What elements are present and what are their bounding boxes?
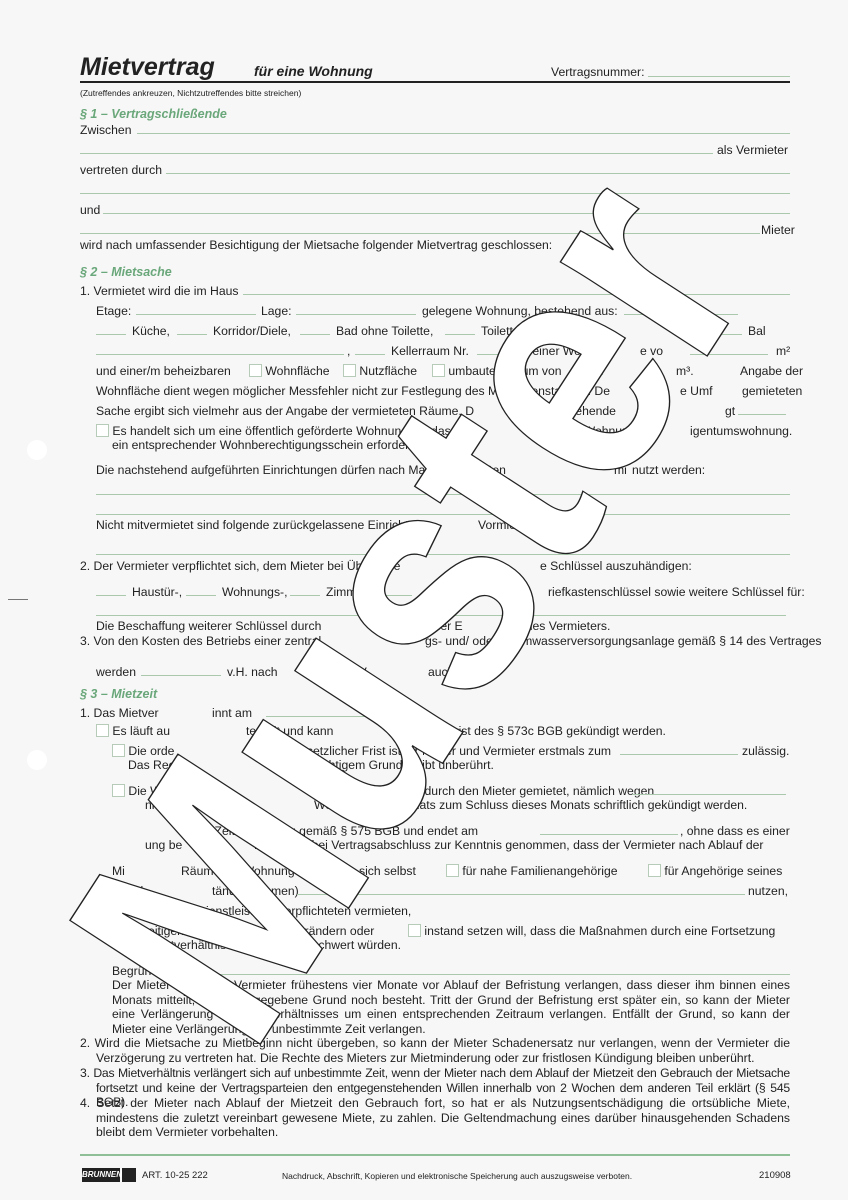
label-verteilt: auch verteilt. bbox=[428, 665, 497, 679]
checkbox-unlimited[interactable] bbox=[96, 724, 109, 737]
label-ordinary-2: ung mit gesetzlicher Frist ist für Miete… bbox=[250, 744, 611, 758]
label-toilet-2: Toilette bbox=[567, 324, 606, 338]
percentage-field[interactable] bbox=[141, 675, 221, 676]
label-not-rented: Nicht mitvermietet sind folgende zurückg… bbox=[96, 518, 415, 532]
label-kitchen: Küche, bbox=[132, 324, 170, 338]
label-knowledge-2: Mieter hat bei Vertragsabschluss zur Ken… bbox=[254, 838, 763, 852]
label-werden: werden bbox=[96, 665, 136, 679]
start-date-field[interactable] bbox=[266, 716, 424, 717]
checkbox-service[interactable] bbox=[112, 904, 125, 917]
label-unlimited-3: cher Frist des § 573c BGB gekündigt werd… bbox=[420, 724, 666, 738]
extra-rooms-field[interactable] bbox=[96, 354, 344, 355]
volume-field[interactable] bbox=[573, 374, 603, 375]
opt-temporary: Die Wohnu bbox=[112, 784, 188, 798]
checkbox-remove[interactable] bbox=[112, 924, 125, 937]
label-repair: instand setzen will, dass die Maßnahmen … bbox=[424, 924, 775, 938]
more-keys-field[interactable] bbox=[96, 615, 786, 616]
toilet-count-2[interactable] bbox=[531, 334, 561, 335]
label-haush: Haush bbox=[112, 884, 147, 898]
comma: , bbox=[347, 344, 350, 358]
text-line-b3: gemieteten bbox=[742, 384, 802, 398]
opt-repair: instand setzen will, dass die Maßnahmen … bbox=[408, 924, 775, 938]
fold-mark bbox=[8, 599, 28, 600]
rooms-field-2[interactable] bbox=[708, 314, 738, 315]
label-right-2: aus wichtigem Grund bleibt unberührt. bbox=[288, 758, 494, 772]
checkbox-repair[interactable] bbox=[408, 924, 421, 937]
label-wohnflaeche: Wohnfläche bbox=[265, 364, 329, 378]
toilet-count[interactable] bbox=[445, 334, 475, 335]
instruction-note: (Zutreffendes ankreuzen, Nichtzutreffend… bbox=[80, 86, 301, 100]
label-room: Zimmer-, bbox=[326, 585, 375, 599]
s3-p1b: innt am bbox=[212, 706, 252, 720]
text-line-b2: e Umf bbox=[680, 384, 713, 398]
article-number: ART. 10-25 222 bbox=[142, 1169, 208, 1183]
checkbox-family[interactable] bbox=[446, 864, 459, 877]
end-date-field[interactable] bbox=[540, 834, 678, 835]
label-temporary: Die Wohnu bbox=[128, 784, 188, 798]
label-household: für Angehörige seines bbox=[664, 864, 782, 878]
document-title: Mietvertrag bbox=[80, 52, 215, 82]
text-line-c2: inziehende bbox=[557, 404, 616, 418]
section-3-heading: § 3 – Mietzeit bbox=[80, 687, 157, 701]
rooms-count[interactable] bbox=[624, 314, 654, 315]
apartment-keys[interactable] bbox=[186, 595, 216, 596]
opt-self: für sich selbst bbox=[325, 864, 416, 878]
label-erfassten: fassten V bbox=[316, 665, 367, 679]
bath-count[interactable] bbox=[300, 334, 330, 335]
checkbox-living-area[interactable] bbox=[249, 364, 262, 377]
lage-field[interactable] bbox=[296, 314, 416, 315]
reason-field[interactable] bbox=[185, 974, 790, 975]
label-monthly-3: Werktag jeden Monats zum Schluss dieses … bbox=[314, 798, 747, 812]
label-toilet: Toilette, bbox=[481, 324, 523, 338]
area-field[interactable] bbox=[690, 354, 768, 355]
label-procurement-2: ter bedarf der E bbox=[378, 619, 463, 633]
s2-p2: 2. Der Vermieter verpflichtet sich, dem … bbox=[80, 559, 400, 573]
label-bath-no-toilet: Bad ohne Toilette, bbox=[336, 324, 433, 338]
label-represented-by: vertreten durch bbox=[80, 163, 162, 177]
label-public-subsidy-2: ein entsprechender Wohnberechtigungssche… bbox=[112, 438, 446, 452]
opt-service: an eine bbox=[112, 904, 168, 918]
tenant-field-2[interactable] bbox=[80, 233, 760, 234]
cellar-count[interactable] bbox=[355, 354, 385, 355]
checkbox-public-subsidy[interactable] bbox=[96, 424, 109, 437]
label-apartment: Wohnungs-, bbox=[222, 585, 288, 599]
label-gelegene: gelegene Wohnung, bestehend aus: bbox=[422, 304, 618, 318]
label-tenant: Mieter bbox=[761, 223, 795, 237]
text-line-b: Wohnfläche dient wegen möglicher Messfeh… bbox=[96, 384, 610, 398]
label-self: für sich selbst bbox=[341, 864, 416, 878]
label-fixed-term-2: , ohne dass es einer bbox=[680, 824, 790, 838]
shared-facilities-field-2[interactable] bbox=[96, 514, 790, 515]
s2-p3: 3. Von den Kosten des Betriebs einer zen… bbox=[80, 634, 321, 648]
label-right: Das Rech bbox=[128, 758, 182, 772]
label-use: nutzen, bbox=[748, 884, 788, 898]
label-condo-2: igentumswohnung. bbox=[690, 424, 792, 438]
label-temporary-2: gehenden Gebrauch durch den Mieter gemie… bbox=[310, 784, 654, 798]
temporary-reason-field[interactable] bbox=[632, 794, 786, 795]
label-fixed-term: st ein Zeitmietvertrag gemäß § 575 BGB u… bbox=[182, 824, 478, 838]
s3-p4: 4. Setzt der Mieter nach Ablauf der Miet… bbox=[80, 1096, 790, 1140]
label-cellar: Kellerraum Nr. bbox=[391, 344, 469, 358]
document-subtitle: für eine Wohnung bbox=[254, 64, 373, 78]
label-not-rented-2: Vormieters: bbox=[478, 518, 540, 532]
text-line-c: Sache ergibt sich vielmehr aus der Angab… bbox=[96, 404, 474, 418]
label-etage: Etage: bbox=[96, 304, 131, 318]
section-1-heading: § 1 – Vertragschließende bbox=[80, 107, 227, 121]
label-corridor: Korridor/Diele, bbox=[213, 324, 291, 338]
opt-wohnflaeche: Wohnfläche bbox=[249, 364, 330, 378]
label-names: tändige Namen) bbox=[212, 884, 299, 898]
not-rented-field[interactable] bbox=[96, 554, 790, 555]
opt-unlimited: Es läuft au bbox=[96, 724, 170, 738]
label-service: an eine bbox=[128, 904, 168, 918]
punch-hole-top bbox=[27, 440, 47, 460]
cellar-number[interactable] bbox=[477, 354, 507, 355]
label-balcony: Bal bbox=[748, 324, 766, 338]
checkbox-enclosed-space[interactable] bbox=[432, 364, 445, 377]
house-field[interactable] bbox=[243, 294, 790, 295]
opt-ordinary: Die orde bbox=[112, 744, 174, 758]
label-nutzflaeche: Nutzfläche bbox=[359, 364, 417, 378]
label-zimmer: Zimmer, bbox=[664, 304, 708, 318]
label-living-area: , mit einer Woh bbox=[506, 344, 588, 358]
other-keys[interactable] bbox=[382, 595, 412, 596]
header-rule bbox=[80, 81, 790, 83]
s2-p2b: e Schlüssel auszuhändigen: bbox=[540, 559, 692, 573]
form-code: 210908 bbox=[759, 1169, 791, 1183]
label-service-2: ienstleistung Verpflichteten vermieten, bbox=[206, 904, 411, 918]
label-mailbox: riefkastenschlüssel sowie weitere Schlüs… bbox=[548, 585, 805, 599]
opt-remove: beseitigen oder so wesentlich verändern … bbox=[112, 924, 374, 938]
label-shared-facilities: Die nachstehend aufgeführten Einrichtung… bbox=[96, 463, 506, 477]
label-shared-facilities-2: mi bbox=[614, 463, 627, 477]
label-angabe: Angabe der bbox=[740, 364, 803, 378]
section-2-heading: § 2 – Mietsache bbox=[80, 265, 172, 279]
represented-by-field[interactable] bbox=[166, 173, 790, 174]
checkbox-ordinary-termination[interactable] bbox=[112, 744, 125, 757]
checkbox-usable-area[interactable] bbox=[343, 364, 356, 377]
punch-hole-bottom bbox=[27, 750, 47, 770]
label-as-landlord: als Vermieter bbox=[717, 143, 788, 157]
label-umbauten: umbauten Raum von bbox=[448, 364, 561, 378]
s3-p1: 1. Das Mietver bbox=[80, 706, 159, 720]
s2-p1: 1. Vermietet wird die im Haus bbox=[80, 284, 239, 298]
footer-rule bbox=[80, 1154, 790, 1156]
label-family: für nahe Familienangehörige bbox=[462, 864, 617, 878]
tenant-field[interactable] bbox=[103, 213, 790, 214]
label-monthly: nn da bbox=[145, 798, 176, 812]
label-monthly-2: weils bbox=[222, 798, 249, 812]
opt-household: für Angehörige seines bbox=[648, 864, 782, 878]
opt-family: für nahe Familienangehörige bbox=[446, 864, 618, 878]
label-he: he, bbox=[680, 324, 697, 338]
brunnen-logo-mark bbox=[122, 1168, 136, 1182]
s3-p2: 2. Wird die Mietsache zu Mietbeginn nich… bbox=[80, 1036, 790, 1065]
label-front-door: Haustür-, bbox=[132, 585, 182, 599]
landlord-field[interactable] bbox=[80, 153, 713, 154]
label-between: Zwischen bbox=[80, 123, 131, 137]
kitchen-count[interactable] bbox=[96, 334, 126, 335]
label-procurement: Die Beschaffung weiterer Schlüssel durch bbox=[96, 619, 321, 633]
persons-field[interactable] bbox=[738, 414, 786, 415]
opt-public-subsidy: Es handelt sich um eine öffentlich geför… bbox=[96, 424, 457, 438]
label-unlimited-2: te Zeit und kann bbox=[246, 724, 333, 738]
checkbox-household[interactable] bbox=[648, 864, 661, 877]
label-mi: Mi bbox=[112, 864, 125, 878]
label-unlimited: Es läuft au bbox=[112, 724, 170, 738]
label-lage: Lage: bbox=[261, 304, 292, 318]
label-public-subsidy: Es handelt sich um eine öffentlich geför… bbox=[112, 424, 456, 438]
contract-number-field[interactable] bbox=[648, 76, 790, 77]
label-shared-facilities-3: nutzt werden: bbox=[632, 463, 705, 477]
text-line-c3: gt bbox=[725, 404, 735, 418]
etage-field[interactable] bbox=[136, 314, 256, 315]
label-remove: beseitigen oder so wesentlich verändern … bbox=[128, 924, 374, 938]
brunnen-logo: BRUNNEN bbox=[82, 1168, 120, 1182]
label-hindered: des Mietverhältnisses erheblich erschwer… bbox=[128, 938, 401, 952]
front-door-keys[interactable] bbox=[96, 595, 126, 596]
label-condo: Die Wohnung bbox=[562, 424, 636, 438]
unit-m2: m² bbox=[776, 344, 790, 358]
label-heated: und einer/m beheizbaren bbox=[96, 364, 231, 378]
opt-umbauten: umbauten Raum von bbox=[432, 364, 562, 378]
balcony-count[interactable] bbox=[712, 334, 742, 335]
shared-facilities-field[interactable] bbox=[96, 494, 790, 495]
s2-p3b: gs- und/ oder Warmwasserversorgungsanlag… bbox=[425, 634, 822, 648]
label-and: und bbox=[80, 203, 100, 217]
closing-sentence: wird nach umfassender Besichtigung der M… bbox=[80, 238, 552, 252]
contract-number-label: Vertragsnummer: bbox=[551, 65, 644, 79]
opt-nutzflaeche: Nutzfläche bbox=[343, 364, 417, 378]
label-procurement-3: ung des Vermieters. bbox=[502, 619, 610, 633]
copyright-notice: Nachdruck, Abschrift, Kopieren und elekt… bbox=[282, 1169, 632, 1183]
represented-by-field-2[interactable] bbox=[80, 193, 790, 194]
between-field[interactable] bbox=[137, 133, 790, 134]
label-reason: Begründung: bbox=[112, 964, 182, 978]
names-field[interactable] bbox=[297, 894, 745, 895]
checkbox-temporary-use[interactable] bbox=[112, 784, 125, 797]
label-permitted: zulässig. bbox=[742, 744, 789, 758]
label-ordinary: Die orde bbox=[128, 744, 174, 758]
room-keys[interactable] bbox=[290, 595, 320, 596]
unit-m3: m³. bbox=[676, 364, 694, 378]
checkbox-self[interactable] bbox=[325, 864, 338, 877]
label-vh: v.H. nach bbox=[227, 665, 278, 679]
corridor-count[interactable] bbox=[177, 334, 207, 335]
label-knowledge: ung be bbox=[145, 838, 182, 852]
first-termination-field[interactable] bbox=[620, 754, 738, 755]
label-rooms-as-home: Räume als Wohnung bbox=[181, 864, 295, 878]
reason-text: Der Mieter kann vom Vermieter frühestens… bbox=[112, 978, 790, 1036]
label-vor: e vo bbox=[640, 344, 663, 358]
